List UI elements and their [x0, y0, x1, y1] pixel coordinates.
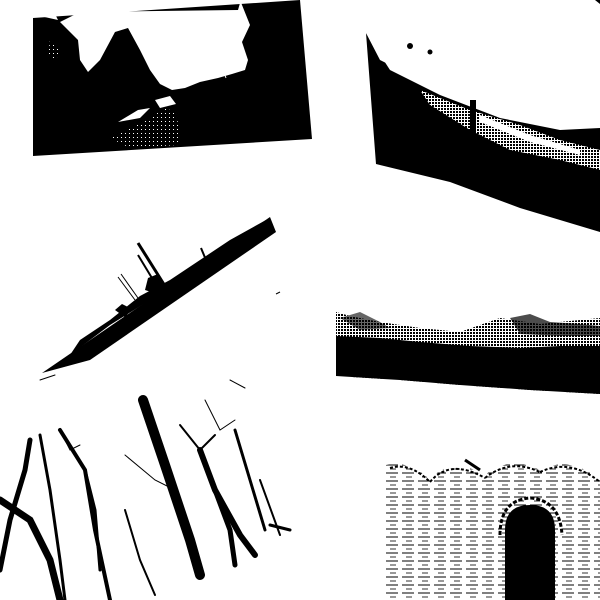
- photo-bare-trees: [0, 370, 310, 600]
- bare-trees-image: [0, 370, 310, 600]
- distant-hills-image: [320, 290, 600, 400]
- photo-brick-archway: [370, 450, 600, 600]
- riverbank-field-image: [360, 0, 600, 240]
- photo-forest-road: [0, 0, 330, 170]
- brick-archway-image: [370, 450, 600, 600]
- photo-ship-silhouette: [30, 200, 300, 390]
- photo-distant-hills: [320, 290, 600, 400]
- ship-silhouette-image: [30, 200, 300, 390]
- forest-road-image: [0, 0, 330, 170]
- photo-riverbank-field: [360, 0, 600, 240]
